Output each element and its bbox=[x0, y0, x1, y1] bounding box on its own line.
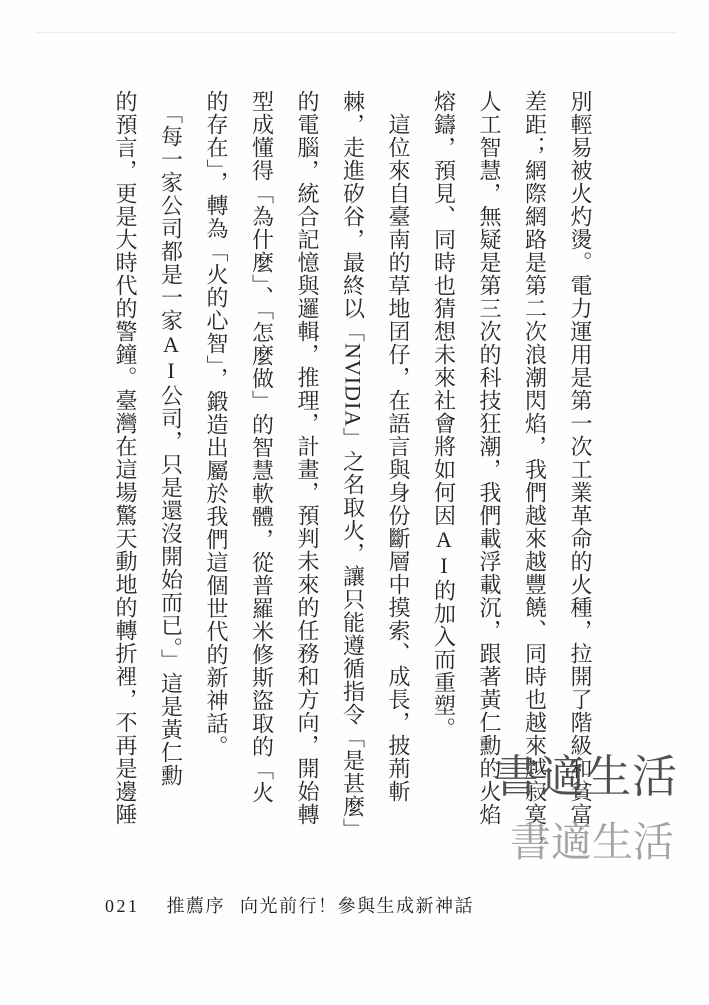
page-edge-line bbox=[36, 32, 676, 33]
text-segment: 的存在」，轉為「火的心智」，鍛造出屬於我們這個世代的新神話。 bbox=[204, 90, 229, 758]
text-column-10: 「每一家公司都是一家AI公司，只是還沒開始而已。」這是黃仁勳 bbox=[148, 90, 194, 838]
text-column-9: 的存在」，轉為「火的心智」，鍛造出屬於我們這個世代的新神話。 bbox=[194, 90, 240, 838]
text-segment: 棘，走進矽谷，最終以「NVIDIA」之名取火，讓只能遵循指令「是甚麼」 bbox=[341, 90, 366, 841]
book-page: 別輕易被火灼燙。電力運用是第一次工業革命的火種，拉開了階級和貧富差距；網際網路是… bbox=[0, 0, 709, 1005]
text-segment: 差距；網際網路是第二次浪潮閃焰，我們越來越豐饒、同時也越來越寂寞； bbox=[523, 90, 548, 849]
text-column-8: 型成懂得「為什麼」、「怎麼做」的智慧軟體，從普羅米修斯盜取的「火 bbox=[239, 90, 285, 838]
text-column-5: 這位來自臺南的草地囝仔，在語言與身份斷層中摸索、成長，披荊斬 bbox=[376, 90, 422, 838]
text-segment: 熔鑄，預見、同時也猜想未來社會將如何因 bbox=[432, 90, 457, 527]
text-segment: 型成懂得「為什麼」、「怎麼做」的智慧軟體，從普羅米修斯盜取的「火 bbox=[250, 90, 275, 804]
page-footer: 021推薦序向光前行！參與生成新神話 bbox=[105, 892, 474, 918]
text-column-3: 人工智慧，無疑是第三次的科技狂潮，我們載浮載沉，跟著黃仁勳的火焰 bbox=[467, 90, 513, 838]
text-segment: 的預言，更是大時代的警鐘。臺灣在這場驚天動地的轉折裡，不再是邊陲 bbox=[113, 90, 138, 826]
text-column-2: 差距；網際網路是第二次浪潮閃焰，我們越來越豐饒、同時也越來越寂寞； bbox=[512, 90, 558, 838]
text-segment: 的電腦，統合記憶與邏輯，推理，計畫，預判未來的任務和方向，開始轉 bbox=[295, 90, 320, 826]
text-column-1: 別輕易被火灼燙。電力運用是第一次工業革命的火種，拉開了階級和貧富 bbox=[558, 90, 604, 838]
chapter-title: 向光前行！參與生成新神話 bbox=[240, 896, 474, 916]
upright-latin-text: AI bbox=[432, 527, 457, 579]
preface-text-block: 別輕易被火灼燙。電力運用是第一次工業革命的火種，拉開了階級和貧富差距；網際網路是… bbox=[103, 90, 604, 838]
upright-latin-text: AI bbox=[159, 332, 184, 384]
text-segment: 人工智慧，無疑是第三次的科技狂潮，我們載浮載沉，跟著黃仁勳的火焰 bbox=[477, 90, 502, 826]
text-segment: 「每一家公司都是一家 bbox=[159, 90, 184, 332]
text-segment: 的加入而重塑。 bbox=[432, 579, 457, 740]
text-column-7: 的電腦，統合記憶與邏輯，推理，計畫，預判未來的任務和方向，開始轉 bbox=[285, 90, 331, 838]
text-segment: 這位來自臺南的草地囝仔，在語言與身份斷層中摸索、成長，披荊斬 bbox=[386, 90, 411, 803]
text-segment: 別輕易被火灼燙。電力運用是第一次工業革命的火種，拉開了階級和貧富 bbox=[568, 90, 593, 826]
text-column-6: 棘，走進矽谷，最終以「NVIDIA」之名取火，讓只能遵循指令「是甚麼」 bbox=[330, 90, 376, 838]
text-column-4: 熔鑄，預見、同時也猜想未來社會將如何因AI的加入而重塑。 bbox=[421, 90, 467, 838]
section-label: 推薦序 bbox=[167, 896, 226, 916]
page-number: 021 bbox=[105, 896, 140, 916]
text-column-11: 的預言，更是大時代的警鐘。臺灣在這場驚天動地的轉折裡，不再是邊陲 bbox=[103, 90, 149, 838]
text-segment: 公司，只是還沒開始而已。」這是黃仁勳 bbox=[159, 384, 184, 787]
